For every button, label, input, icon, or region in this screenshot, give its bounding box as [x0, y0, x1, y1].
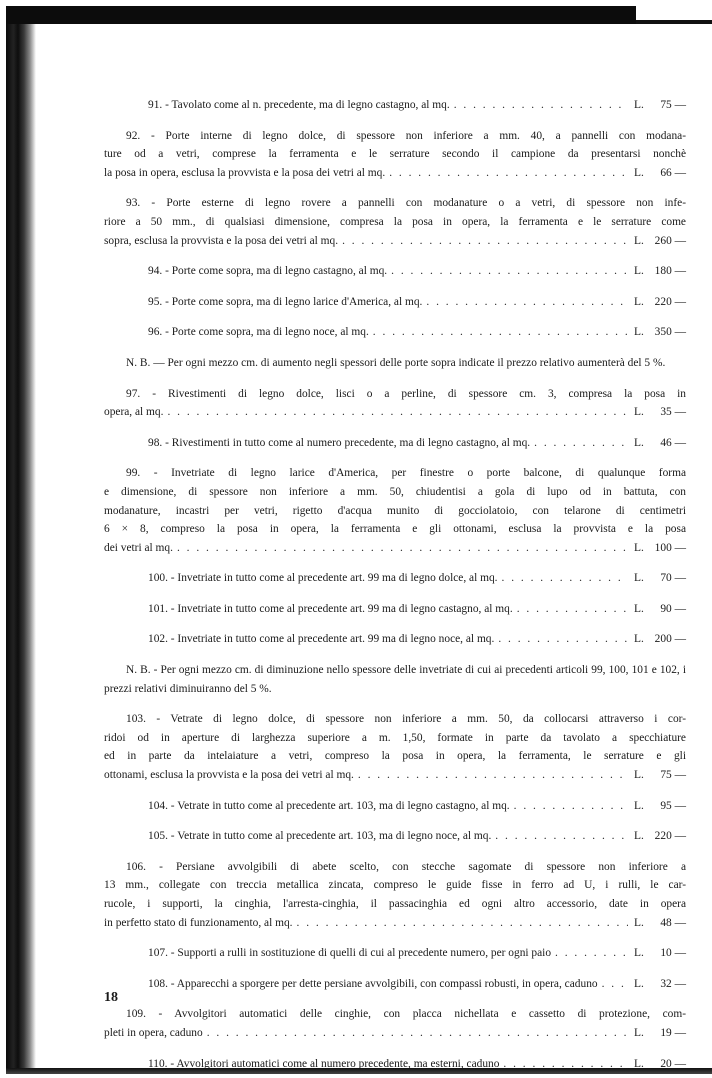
entry-price-line: pleti in opera, cadunoL.19 — [104, 1024, 686, 1043]
price-entry: 108. - Apparecchi a sporgere per dette p… [104, 975, 686, 994]
price-entry: 102. - Invetriate in tutto come al prece… [104, 630, 686, 649]
dot-leader [513, 600, 628, 619]
price-entry: 99. - Invetriate di legno larice d'Ameri… [104, 464, 686, 557]
note-nb-thickness-increase: N. B. — Per ogni mezzo cm. di aumento ne… [104, 354, 686, 373]
entry-price: L.220 — [628, 827, 686, 846]
price-amount: 20 — [660, 1055, 686, 1074]
price-amount: 350 — [655, 323, 686, 342]
price-entry: 104. - Vetrate in tutto come al preceden… [104, 797, 686, 816]
currency-label: L. [634, 914, 644, 933]
currency-label: L. [634, 1055, 644, 1074]
entry-price: L.66 — [628, 164, 686, 183]
price-entry: 98. - Rivestimenti in tutto come al nume… [104, 434, 686, 453]
dot-leader [422, 293, 628, 312]
entry-price: L.20 — [628, 1055, 686, 1074]
dot-leader [491, 827, 628, 846]
entry-text-line: ture od a vetri, comprese la ferramenta … [104, 145, 686, 164]
entry-text-line: ed in parte da intelaiature a vetri, com… [104, 747, 686, 766]
entry-text-line: 102. - Invetriate in tutto come al prece… [104, 630, 494, 649]
price-amount: 220 — [655, 293, 686, 312]
entry-price: L.220 — [628, 293, 686, 312]
entry-text-line: pleti in opera, caduno [104, 1024, 203, 1043]
entry-text-line: opera, al mq. [104, 403, 163, 422]
price-amount: 48 — [660, 914, 686, 933]
price-entry: 94. - Porte come sopra, ma di legno cast… [104, 262, 686, 281]
currency-label: L. [634, 293, 644, 312]
currency-label: L. [634, 944, 644, 963]
currency-label: L. [634, 539, 644, 558]
dot-leader [510, 797, 628, 816]
entry-price: L.90 — [628, 600, 686, 619]
entry-price-line: 110. - Avvolgitori automatici come al nu… [104, 1055, 686, 1074]
dot-leader [387, 262, 628, 281]
entry-price: L.95 — [628, 797, 686, 816]
entry-price-line: 101. - Invetriate in tutto come al prece… [104, 600, 686, 619]
entry-price-line: 96. - Porte come sopra, ma di legno noce… [104, 323, 686, 342]
entry-text-line: 101. - Invetriate in tutto come al prece… [104, 600, 513, 619]
entry-price: L.32 — [628, 975, 686, 994]
currency-label: L. [634, 766, 644, 785]
entry-text-line: sopra, esclusa la provvista e la posa de… [104, 232, 338, 251]
entry-text-line: 108. - Apparecchi a sporgere per dette p… [104, 975, 598, 994]
dot-leader [163, 403, 628, 422]
entry-price-line: sopra, esclusa la provvista e la posa de… [104, 232, 686, 251]
entry-text-line: 96. - Porte come sopra, ma di legno noce… [104, 323, 369, 342]
price-amount: 70 — [660, 569, 686, 588]
entry-text-line: 93. - Porte esterne di legno rovere a pa… [104, 194, 686, 213]
dot-leader [450, 96, 628, 115]
entry-price: L.48 — [628, 914, 686, 933]
entry-price-line: 105. - Vetrate in tutto come al preceden… [104, 827, 686, 846]
entry-price-line: 102. - Invetriate in tutto come al prece… [104, 630, 686, 649]
entry-text-line: ottonami, esclusa la provvista e la posa… [104, 766, 354, 785]
currency-label: L. [634, 797, 644, 816]
price-amount: 66 — [660, 164, 686, 183]
price-entry: 91. - Tavolato come al n. precedente, ma… [104, 96, 686, 115]
entry-text-line: 95. - Porte come sopra, ma di legno lari… [104, 293, 422, 312]
price-entry: 100. - Invetriate in tutto come al prece… [104, 569, 686, 588]
price-entry: 96. - Porte come sopra, ma di legno noce… [104, 323, 686, 342]
dot-leader [354, 766, 628, 785]
price-amount: 260 — [655, 232, 686, 251]
entry-price: L.100 — [628, 539, 686, 558]
entry-price-line: 91. - Tavolato come al n. precedente, ma… [104, 96, 686, 115]
entry-text-line: 97. - Rivestimenti di legno dolce, lisci… [104, 385, 686, 404]
dot-leader [494, 630, 628, 649]
entry-text-line: in perfetto stato di funzionamento, al m… [104, 914, 293, 933]
currency-label: L. [634, 600, 644, 619]
price-amount: 10 — [660, 944, 686, 963]
entry-text-line: 6 × 8, compreso la posa in opera, la fer… [104, 520, 686, 539]
currency-label: L. [634, 96, 644, 115]
entry-price: L.75 — [628, 96, 686, 115]
dot-leader [338, 232, 628, 251]
entry-text-line: dei vetri al mq. [104, 539, 173, 558]
entry-price: L.19 — [628, 1024, 686, 1043]
price-amount: 200 — [655, 630, 686, 649]
entry-price-line: 95. - Porte come sopra, ma di legno lari… [104, 293, 686, 312]
dot-leader [530, 434, 628, 453]
price-amount: 19 — [660, 1024, 686, 1043]
entry-price-line: 104. - Vetrate in tutto come al preceden… [104, 797, 686, 816]
entry-text-line: riore a 50 mm., di qualsiasi dimensione,… [104, 213, 686, 232]
price-entry: 101. - Invetriate in tutto come al prece… [104, 600, 686, 619]
currency-label: L. [634, 1024, 644, 1043]
dot-leader [385, 164, 628, 183]
entry-text-line: rucole, i supporti, la cinghia, l'arrest… [104, 895, 686, 914]
entry-text-line: 110. - Avvolgitori automatici come al nu… [104, 1055, 499, 1074]
price-amount: 32 — [660, 975, 686, 994]
dot-leader [369, 323, 628, 342]
price-amount: 75 — [660, 766, 686, 785]
dot-leader [293, 914, 628, 933]
currency-label: L. [634, 630, 644, 649]
entry-price-line: dei vetri al mq.L.100 — [104, 539, 686, 558]
dot-leader [499, 1055, 628, 1074]
dot-leader [203, 1024, 628, 1043]
scan-left-edge [6, 6, 36, 1072]
entry-text-line: 91. - Tavolato come al n. precedente, ma… [104, 96, 450, 115]
price-amount: 100 — [655, 539, 686, 558]
entry-price-line: 100. - Invetriate in tutto come al prece… [104, 569, 686, 588]
entry-price-line: opera, al mq.L.35 — [104, 403, 686, 422]
entry-price: L.350 — [628, 323, 686, 342]
dot-leader [173, 539, 628, 558]
dot-leader [498, 569, 628, 588]
entry-price-line: in perfetto stato di funzionamento, al m… [104, 914, 686, 933]
price-amount: 46 — [660, 434, 686, 453]
currency-label: L. [634, 434, 644, 453]
scan-top-border-tail [636, 20, 712, 24]
entry-text-line: 13 mm., collegate con treccia metallica … [104, 876, 686, 895]
dot-leader [598, 975, 628, 994]
entry-price-line: ottonami, esclusa la provvista e la posa… [104, 766, 686, 785]
page-number: 18 [104, 990, 118, 1006]
entry-text-line: 105. - Vetrate in tutto come al preceden… [104, 827, 491, 846]
currency-label: L. [634, 827, 644, 846]
entry-text-line: 92. - Porte interne di legno dolce, di s… [104, 127, 686, 146]
entry-price: L.260 — [628, 232, 686, 251]
note-nb-thickness-decrease: N. B. - Per ogni mezzo cm. di diminuzion… [104, 661, 686, 698]
entry-text-line: 103. - Vetrate di legno dolce, di spesso… [104, 710, 686, 729]
entry-text-line: 99. - Invetriate di legno larice d'Ameri… [104, 464, 686, 483]
entry-price: L.46 — [628, 434, 686, 453]
price-entry: 97. - Rivestimenti di legno dolce, lisci… [104, 385, 686, 422]
currency-label: L. [634, 569, 644, 588]
entry-price: L.70 — [628, 569, 686, 588]
price-entry: 95. - Porte come sopra, ma di legno lari… [104, 293, 686, 312]
currency-label: L. [634, 403, 644, 422]
price-entry: 110. - Avvolgitori automatici come al nu… [104, 1055, 686, 1074]
entry-price: L.180 — [628, 262, 686, 281]
entry-text-line: 109. - Avvolgitori automatici delle cing… [104, 1005, 686, 1024]
entry-price-line: la posa in opera, esclusa la provvista e… [104, 164, 686, 183]
entry-text-line: 104. - Vetrate in tutto come al preceden… [104, 797, 510, 816]
entry-price-line: 98. - Rivestimenti in tutto come al nume… [104, 434, 686, 453]
entry-price-line: 107. - Supporti a rulli in sostituzione … [104, 944, 686, 963]
entry-price: L.10 — [628, 944, 686, 963]
entry-price-line: 108. - Apparecchi a sporgere per dette p… [104, 975, 686, 994]
price-entry: 92. - Porte interne di legno dolce, di s… [104, 127, 686, 183]
entry-text-line: e dimensione, di spessore non inferiore … [104, 483, 686, 502]
entry-text-line: 107. - Supporti a rulli in sostituzione … [104, 944, 551, 963]
price-entry: 107. - Supporti a rulli in sostituzione … [104, 944, 686, 963]
price-list-page: 91. - Tavolato come al n. precedente, ma… [104, 96, 686, 1078]
entry-text-line: 98. - Rivestimenti in tutto come al nume… [104, 434, 530, 453]
entry-text-line: la posa in opera, esclusa la provvista e… [104, 164, 385, 183]
entry-price: L.75 — [628, 766, 686, 785]
price-entry: 106. - Persiane avvolgibili di abete sce… [104, 858, 686, 932]
dot-leader [551, 944, 628, 963]
price-amount: 90 — [660, 600, 686, 619]
entry-price: L.200 — [628, 630, 686, 649]
entry-text-line: modanature, incastri per vetri, rigetto … [104, 502, 686, 521]
scan-top-border [6, 6, 636, 24]
entry-price-line: 94. - Porte come sopra, ma di legno cast… [104, 262, 686, 281]
currency-label: L. [634, 262, 644, 281]
entry-text-line: 106. - Persiane avvolgibili di abete sce… [104, 858, 686, 877]
price-entry: 109. - Avvolgitori automatici delle cing… [104, 1005, 686, 1042]
price-amount: 95 — [660, 797, 686, 816]
price-entry: 93. - Porte esterne di legno rovere a pa… [104, 194, 686, 250]
price-amount: 35 — [660, 403, 686, 422]
price-amount: 75 — [660, 96, 686, 115]
price-entry: 105. - Vetrate in tutto come al preceden… [104, 827, 686, 846]
entry-text-line: 100. - Invetriate in tutto come al prece… [104, 569, 498, 588]
entry-text-line: 94. - Porte come sopra, ma di legno cast… [104, 262, 387, 281]
price-amount: 220 — [655, 827, 686, 846]
currency-label: L. [634, 323, 644, 342]
currency-label: L. [634, 975, 644, 994]
currency-label: L. [634, 232, 644, 251]
price-amount: 180 — [655, 262, 686, 281]
entry-price: L.35 — [628, 403, 686, 422]
entry-text-line: ridoi od in aperture di larghezza superi… [104, 729, 686, 748]
currency-label: L. [634, 164, 644, 183]
price-entry: 103. - Vetrate di legno dolce, di spesso… [104, 710, 686, 784]
